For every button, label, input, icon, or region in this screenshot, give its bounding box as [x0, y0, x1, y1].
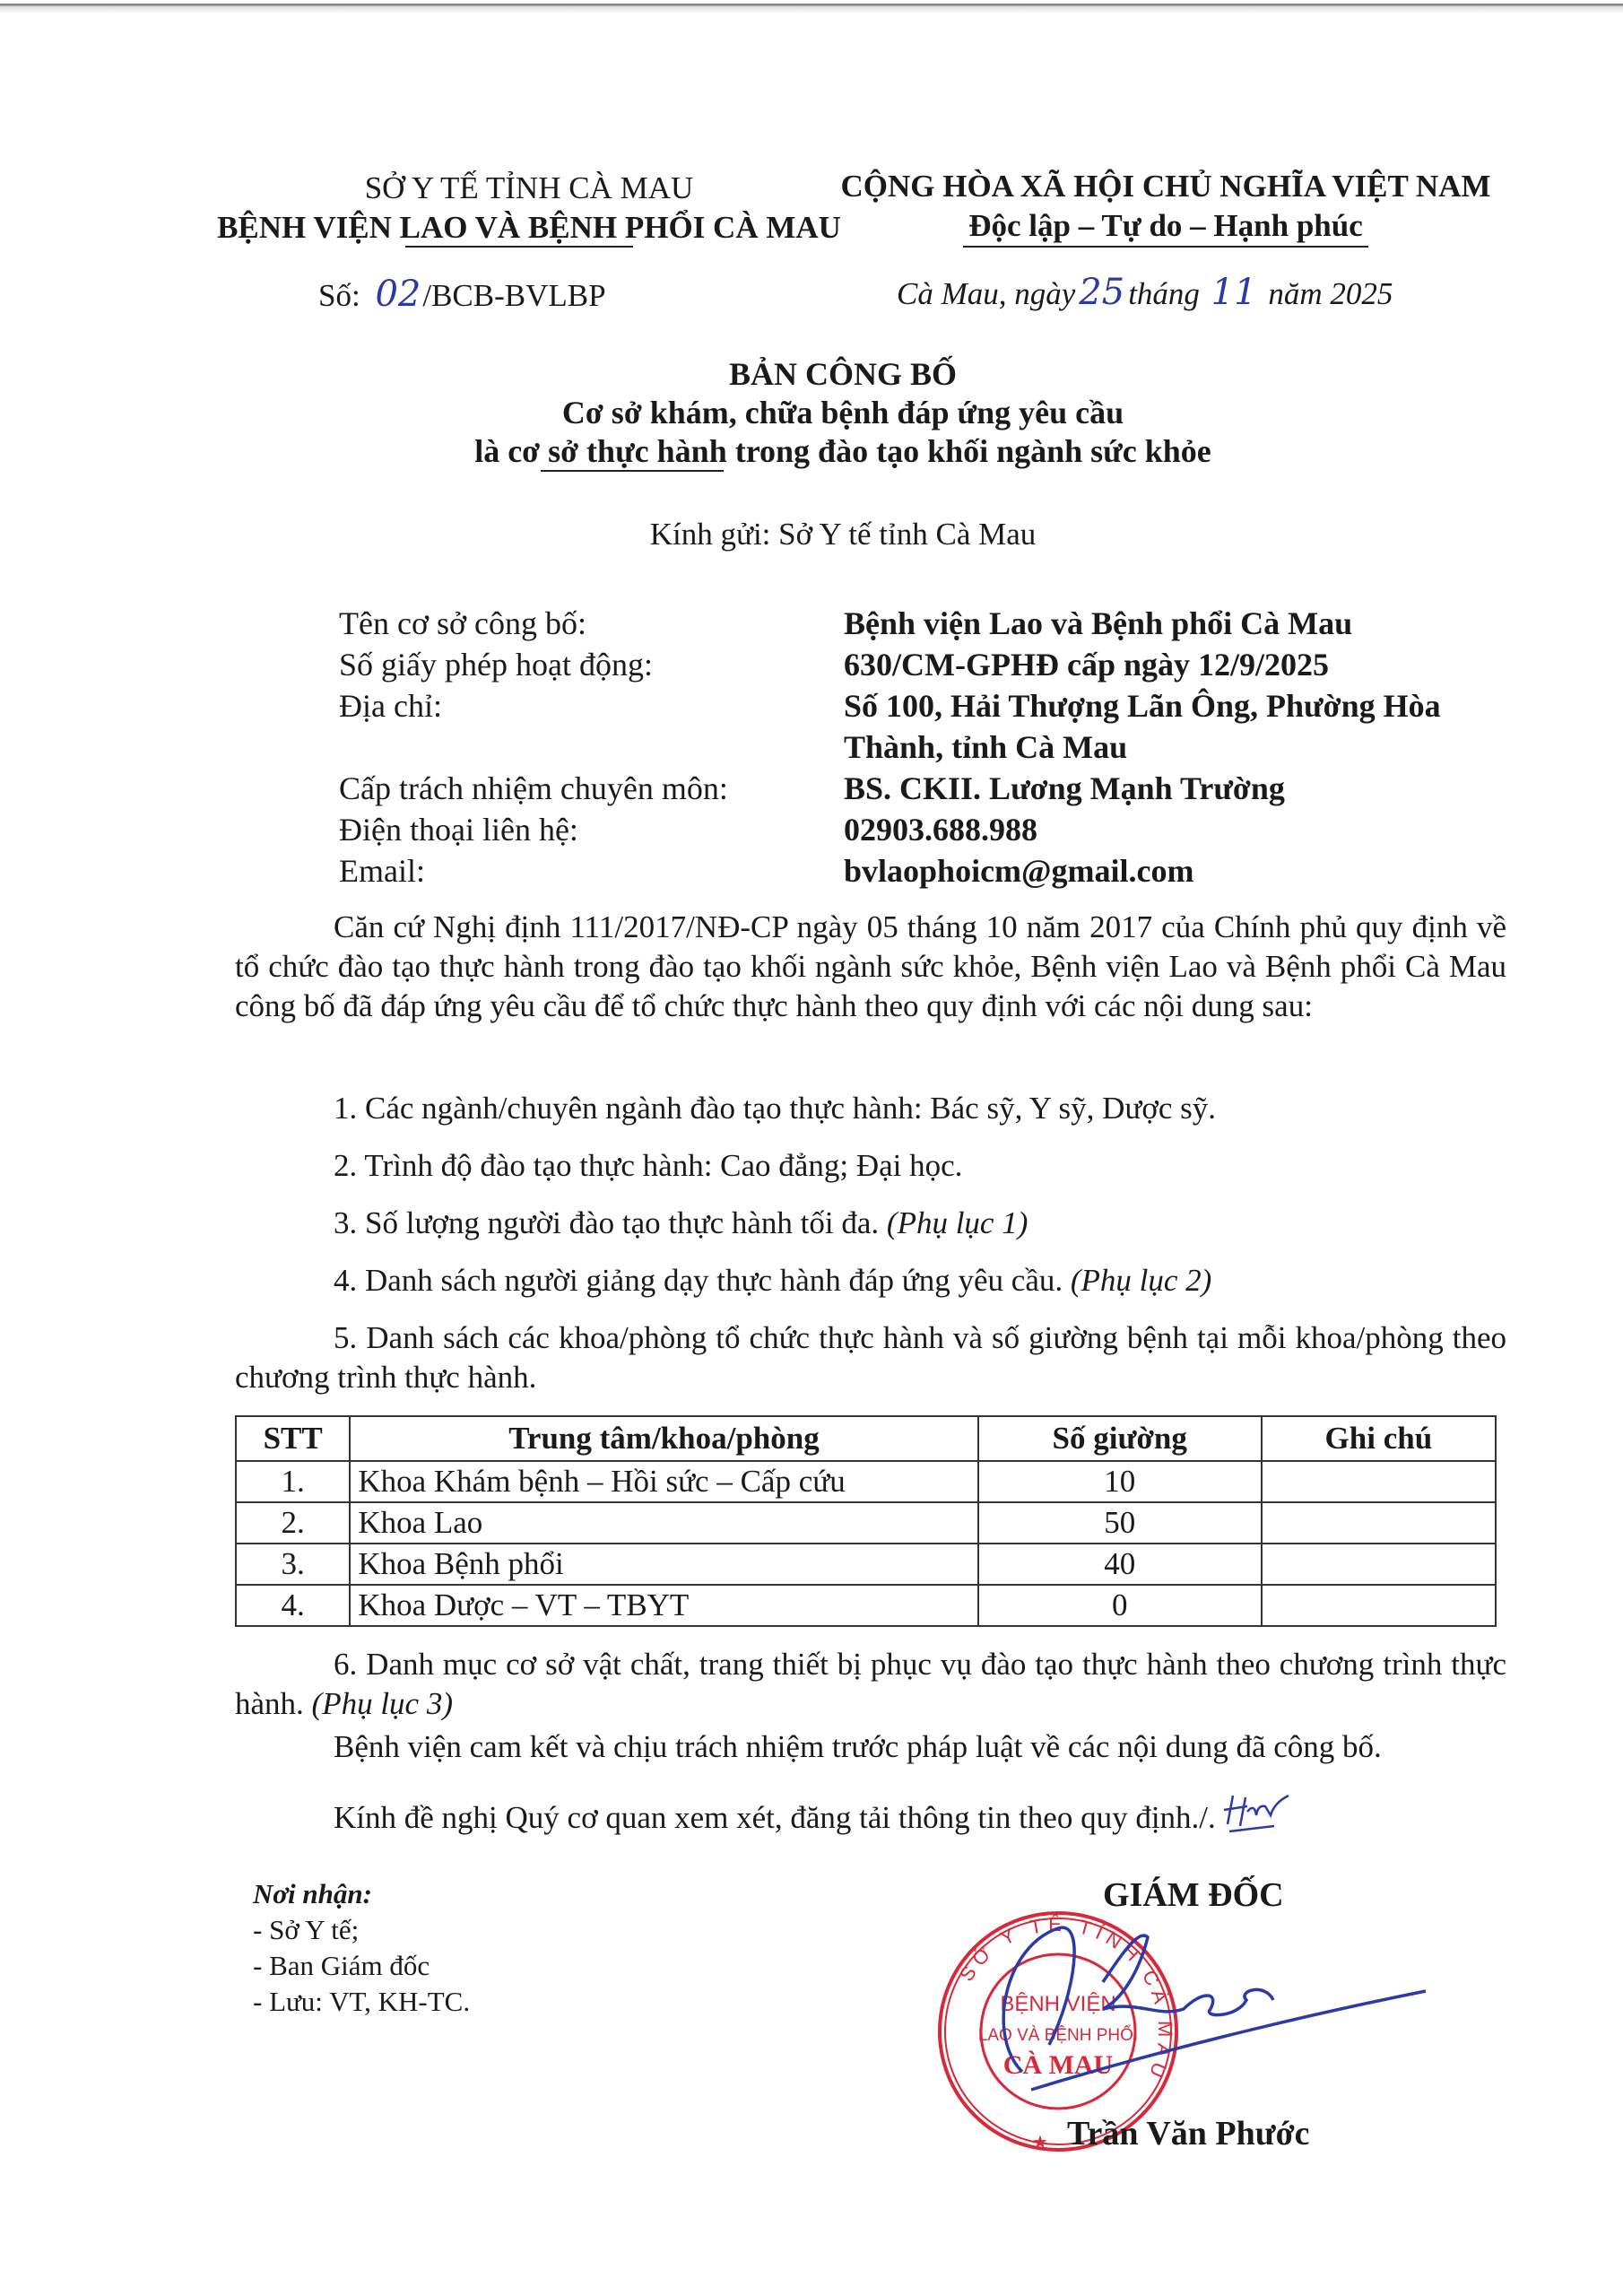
doc-date: Cà Mau, ngày25tháng 11 năm 2025: [897, 273, 1393, 314]
table-row: 4. Khoa Dược – VT – TBYT 0: [236, 1585, 1496, 1626]
col-header-notes: Ghi chú: [1262, 1416, 1496, 1461]
facility-info: Tên cơ sở công bố: Bệnh viện Lao và Bệnh…: [339, 603, 1525, 891]
signer-position: GIÁM ĐỐC: [1103, 1874, 1284, 1916]
title-sub2: là cơ sở thực hành trong đào tạo khối ng…: [395, 432, 1291, 471]
date-day-handwritten: 25: [1079, 272, 1124, 313]
title-sub1: Cơ sở khám, chữa bệnh đáp ứng yêu cầu: [395, 394, 1291, 432]
item-5: 5. Danh sách các khoa/phòng tổ chức thực…: [235, 1318, 1506, 1397]
doc-number: Số: 02/BCB-BVLBP: [318, 274, 606, 316]
national-motto-block: CỘNG HÒA XÃ HỘI CHỦ NGHĨA VIỆT NAM Độc l…: [811, 167, 1520, 246]
info-row-email: Email: bvlaophoicm@gmail.com: [339, 850, 1525, 891]
email-link[interactable]: bvlaophoicm@gmail.com: [844, 850, 1525, 891]
table-header-row: STT Trung tâm/khoa/phòng Số giường Ghi c…: [236, 1416, 1496, 1461]
request-text: Kính đề nghị Quý cơ quan xem xét, đăng t…: [334, 1790, 1292, 1838]
signer-name: Trần Văn Phước: [1067, 2113, 1309, 2154]
svg-text:★: ★: [1032, 2133, 1048, 2152]
item-1: 1. Các ngành/chuyên ngành đào tạo thực h…: [334, 1089, 1216, 1128]
doc-number-handwritten: 02: [375, 274, 421, 315]
issuer-underline: [405, 246, 633, 248]
intro-paragraph: Căn cứ Nghị định 111/2017/NĐ-CP ngày 05 …: [235, 908, 1506, 1026]
title-underline: [541, 470, 724, 472]
info-row-professional: Cấp trách nhiệm chuyên môn: BS. CKII. Lư…: [339, 768, 1525, 809]
motto: Độc lập – Tự do – Hạnh phúc: [968, 206, 1363, 246]
table-row: 1. Khoa Khám bệnh – Hồi sức – Cấp cứu 10: [236, 1461, 1496, 1502]
item-6: 6. Danh mục cơ sở vật chất, trang thiết …: [235, 1645, 1506, 1724]
item-4: 4. Danh sách người giảng dạy thực hành đ…: [334, 1261, 1211, 1300]
recipient-item: - Ban Giám đốc: [253, 1948, 470, 1984]
addressee: Kính gửi: Sở Y tế tỉnh Cà Mau: [395, 515, 1291, 554]
issuer-block: SỞ Y TẾ TỈNH CÀ MAU BỆNH VIỆN LAO VÀ BỆN…: [215, 169, 843, 248]
title-main: BẢN CÔNG BỐ: [395, 355, 1291, 394]
issuer-name: BỆNH VIỆN LAO VÀ BỆNH PHỔI CÀ MAU: [215, 208, 843, 248]
initials-paraph-icon: [1220, 1790, 1292, 1835]
handwritten-signature-icon: [968, 1919, 1435, 2108]
info-row-phone: Điện thoại liên hệ: 02903.688.988: [339, 809, 1525, 850]
scan-shadow: [0, 6, 1623, 13]
item-3: 3. Số lượng người đào tạo thực hành tối …: [334, 1204, 1028, 1243]
document-title: BẢN CÔNG BỐ Cơ sở khám, chữa bệnh đáp ứn…: [395, 355, 1291, 471]
departments-table: STT Trung tâm/khoa/phòng Số giường Ghi c…: [235, 1415, 1497, 1627]
issuer-parent: SỞ Y TẾ TỈNH CÀ MAU: [215, 169, 843, 208]
info-row-address: Địa chỉ: Số 100, Hải Thượng Lãn Ông, Phư…: [339, 685, 1525, 768]
col-header-department: Trung tâm/khoa/phòng: [350, 1416, 977, 1461]
date-month-handwritten: 11: [1211, 272, 1257, 313]
col-header-stt: STT: [236, 1416, 350, 1461]
recipient-item: - Lưu: VT, KH-TC.: [253, 1984, 470, 2020]
table-row: 3. Khoa Bệnh phổi 40: [236, 1544, 1496, 1585]
recipients-block: Nơi nhận: - Sở Y tế; - Ban Giám đốc - Lư…: [253, 1876, 470, 2020]
info-row-name: Tên cơ sở công bố: Bệnh viện Lao và Bệnh…: [339, 603, 1525, 644]
item-2: 2. Trình độ đào tạo thực hành: Cao đẳng;…: [334, 1146, 962, 1186]
recipients-title: Nơi nhận:: [253, 1876, 470, 1912]
motto-underline: [963, 246, 1368, 248]
col-header-beds: Số giường: [978, 1416, 1262, 1461]
recipient-item: - Sở Y tế;: [253, 1912, 470, 1948]
commitment-text: Bệnh viện cam kết và chịu trách nhiệm tr…: [334, 1727, 1382, 1767]
country-name: CỘNG HÒA XÃ HỘI CHỦ NGHĨA VIỆT NAM: [811, 167, 1520, 206]
info-row-license: Số giấy phép hoạt động: 630/CM-GPHĐ cấp …: [339, 644, 1525, 685]
table-row: 2. Khoa Lao 50: [236, 1502, 1496, 1544]
